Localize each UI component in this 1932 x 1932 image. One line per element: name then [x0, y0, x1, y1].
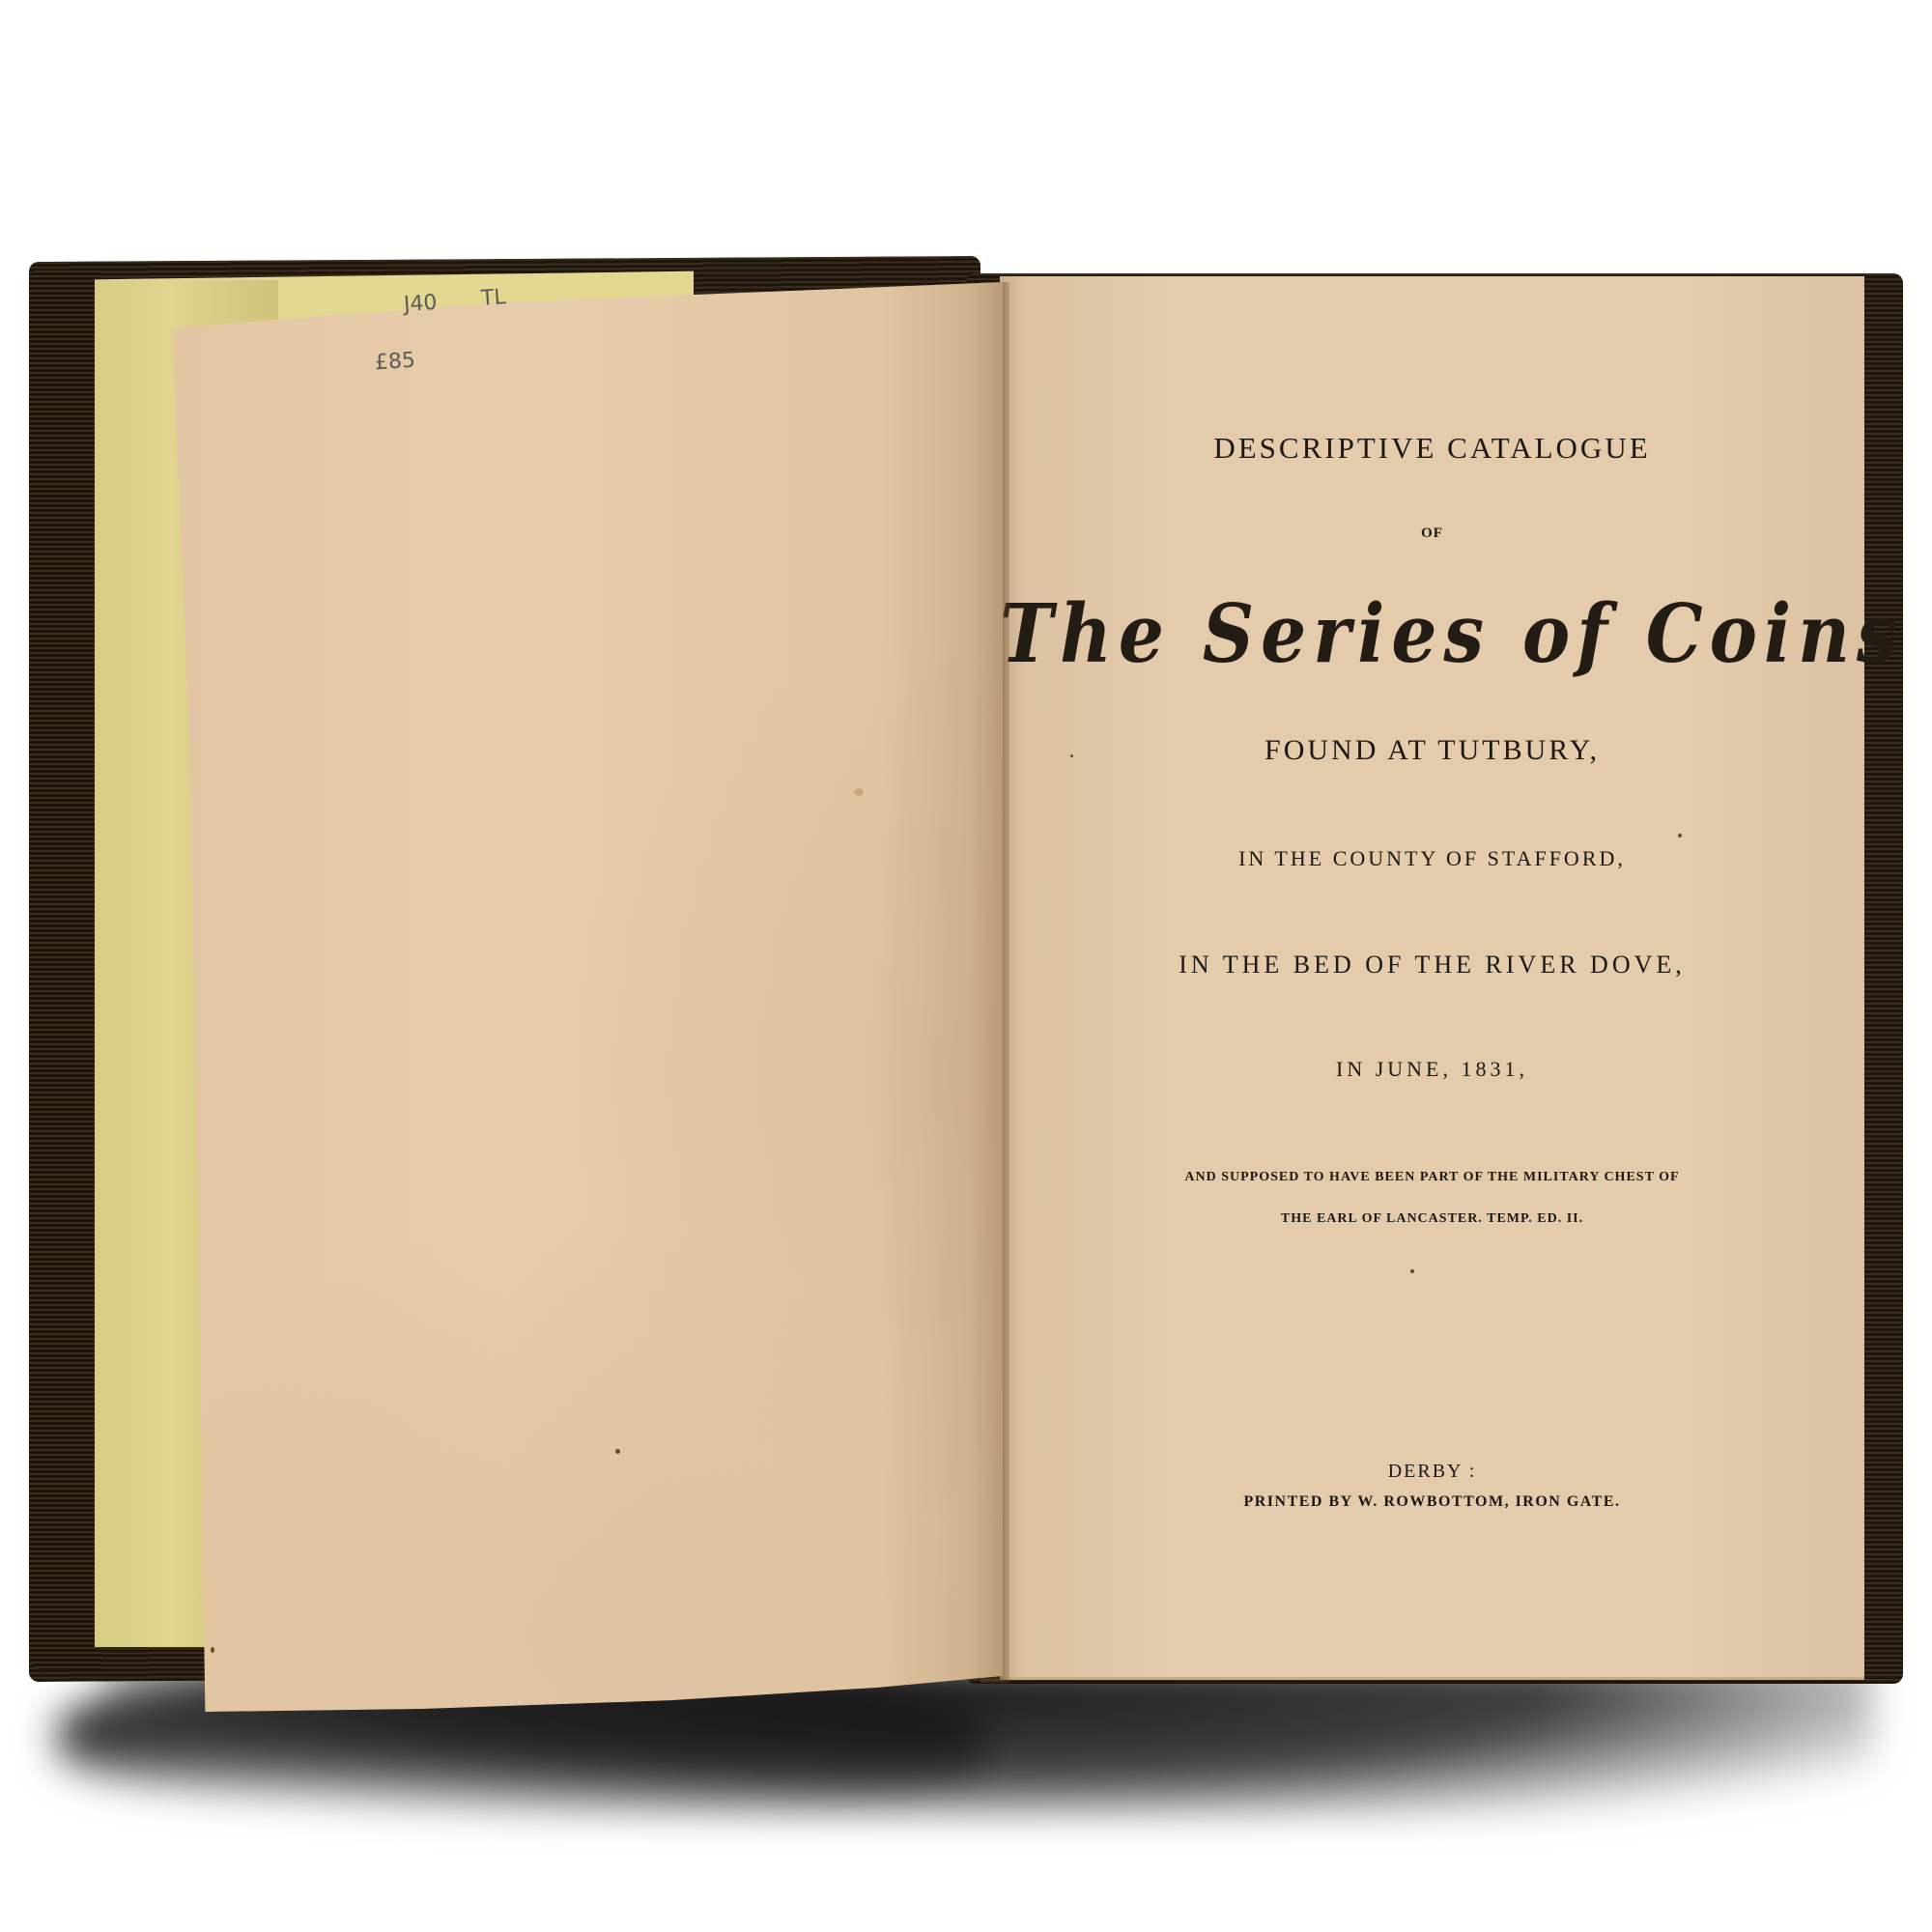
- pencil-note-initials: TL: [480, 285, 506, 311]
- title-line-of: OF: [1000, 526, 1864, 542]
- title-line-date: IN JUNE, 1831,: [1000, 1057, 1864, 1082]
- imprint-printer: PRINTED BY W. ROWBOTTOM, IRON GATE.: [1000, 1493, 1864, 1511]
- title-line-found-at: FOUND AT TUTBURY,: [1000, 734, 1864, 767]
- title-line-descriptive-catalogue: DESCRIPTIVE CATALOGUE: [1000, 431, 1864, 466]
- title-page-content: DESCRIPTIVE CATALOGUE OF The Series of C…: [1000, 276, 1864, 1677]
- title-line-supposed: AND SUPPOSED TO HAVE BEEN PART OF THE MI…: [1000, 1170, 1864, 1185]
- title-line-county: IN THE COUNTY OF STAFFORD,: [1000, 846, 1864, 871]
- title-line-earl: THE EARL OF LANCASTER. TEMP. ED. II.: [1000, 1211, 1864, 1227]
- book-title: The Series of Coins: [1000, 588, 1864, 681]
- flyleaf-page: [172, 282, 1003, 1712]
- foxing-spot: [1070, 754, 1073, 757]
- imprint-place: DERBY :: [1000, 1461, 1864, 1483]
- foxing-spot: [211, 1647, 214, 1653]
- pencil-note-price: £85: [374, 349, 416, 376]
- pencil-note-code: J40: [403, 291, 438, 317]
- foxing-spot: [1410, 1269, 1414, 1273]
- foxing-spot: [1678, 834, 1682, 838]
- title-line-river: IN THE BED OF THE RIVER DOVE,: [1000, 951, 1864, 980]
- stain-spot: [854, 788, 864, 796]
- title-page: DESCRIPTIVE CATALOGUE OF The Series of C…: [1000, 276, 1864, 1680]
- foxing-spot: [615, 1449, 620, 1454]
- book-cover-left-edge: [29, 270, 101, 1671]
